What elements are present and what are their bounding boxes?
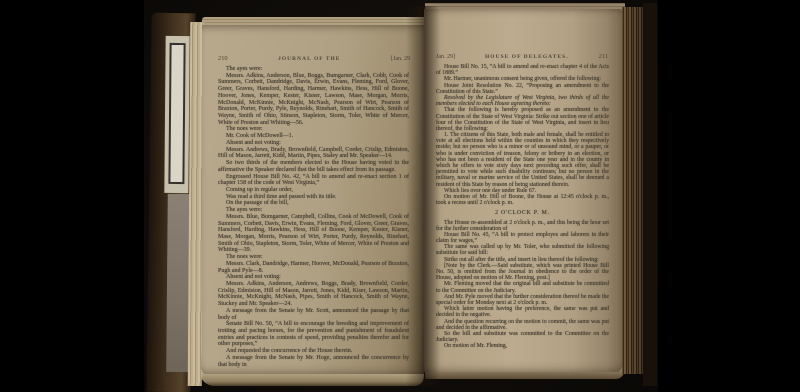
paragraph: That the following is hereby proposed as…: [436, 107, 609, 132]
paragraph: Engrossed House Bill No. 42, “A bill to …: [218, 174, 409, 187]
endpaper-edge: [166, 194, 190, 372]
right-date-marker: Jan. 29]: [436, 54, 455, 60]
paragraph: Messrs. Adkins, Anderson, Andrews, Boggs…: [218, 281, 409, 308]
paragraph: Mr. Harmer, unanimous consent being give…: [436, 76, 609, 82]
paragraph: The ayes were:: [218, 66, 409, 73]
paragraph: Which latter motion having the preferenc…: [436, 306, 609, 318]
paragraph: Messrs. Adkins, Anderson, Blue, Boggs, B…: [218, 73, 409, 127]
paragraph: On motion of Mr. Fleming,: [436, 343, 609, 349]
paragraph: And the question recurring on the motion…: [436, 319, 609, 331]
right-running-title: HOUSE OF DELEGATES.: [485, 54, 569, 60]
paragraph: Strike out all after the title, and inse…: [436, 257, 609, 263]
paragraph: Absent and not voting:: [218, 140, 409, 147]
paragraph: And requested the concurrence of the Hou…: [218, 348, 409, 355]
left-date-marker: [Jan. 29: [391, 56, 410, 62]
paragraph: Coming up in regular order,: [218, 187, 409, 194]
paragraph: House Bill No. 15, “A bill to amend and …: [436, 64, 609, 76]
paragraph: A message from the Senate by Mr. Hoge, a…: [218, 355, 409, 368]
book-photo: 210 JOURNAL OF THE [Jan. 29 The ayes wer…: [144, 0, 658, 392]
book-cover-right: [643, 3, 657, 386]
right-page-header: Jan. 29] HOUSE OF DELEGATES. 211: [436, 53, 608, 60]
paragraph: So two thirds of the members elected to …: [218, 160, 409, 173]
right-page-text: House Bill No. 15, “A bill to amend and …: [436, 64, 609, 349]
resolution-clause: Resolved by the Legislature of West Virg…: [436, 95, 609, 107]
paragraph: 1. The citizens of this State, both male…: [436, 132, 609, 188]
paragraph: House Joint Resolution No. 22, “Proposin…: [436, 83, 609, 95]
paragraph: On motion of Mr. Hill of Boone, the Hous…: [436, 194, 609, 206]
paragraph: The same was called up by Mr. Toler, who…: [436, 244, 609, 256]
session-time-heading: 2 O'CLOCK P. M.: [436, 210, 609, 216]
left-page: 210 JOURNAL OF THE [Jan. 29 The ayes wer…: [202, 25, 424, 374]
paragraph: Messrs. Clark, Dandridge, Harmer, Hoover…: [218, 261, 409, 274]
paragraph: Senate Bill No. 50, “A bill to encourage…: [218, 321, 409, 348]
left-page-number: 210: [218, 55, 228, 62]
paragraph: Absent and not voting:: [218, 274, 409, 281]
paragraph: And Mr. Pyle moved that the further cons…: [436, 294, 609, 306]
paragraph: The House re-assembled at 2 o'clock p. m…: [436, 220, 609, 232]
screenshot-stage: 210 JOURNAL OF THE [Jan. 29 The ayes wer…: [0, 0, 800, 392]
book-label: [164, 36, 189, 193]
left-running-title: JOURNAL OF THE: [278, 56, 340, 62]
right-page: Jan. 29] HOUSE OF DELEGATES. 211 House B…: [424, 9, 622, 372]
paragraph: The ayes were:: [218, 207, 409, 214]
paragraph: The noes were:: [218, 254, 409, 261]
right-page-number: 211: [599, 53, 608, 60]
paragraph: A message from the Senate by Mr. Scott, …: [218, 308, 409, 321]
paragraph: Mr. Fleming moved that the original bill…: [436, 281, 609, 293]
book-label-inner: [168, 43, 185, 184]
left-page-header: 210 JOURNAL OF THE [Jan. 29: [218, 55, 410, 62]
paragraph: So the bill and substitute was committed…: [436, 331, 609, 343]
left-page-text: The ayes were: Messrs. Adkins, Anderson,…: [218, 66, 409, 368]
paragraph: House Bill No. 45, “A bill to protect em…: [436, 232, 609, 244]
paragraph: Messrs. Andrews, Brady, Brownfield, Camp…: [218, 147, 409, 160]
paragraph: Messrs. Blue, Bumgarner, Campbell, Colli…: [218, 214, 409, 254]
paragraph: [Note by the Clerk.—Said substitute, whi…: [436, 263, 609, 282]
paragraph: Mr. Cook of McDowell—1.: [218, 133, 409, 140]
